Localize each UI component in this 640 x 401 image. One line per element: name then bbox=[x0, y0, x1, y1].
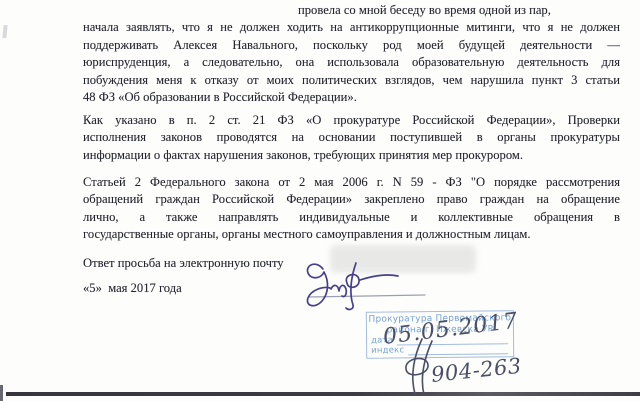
text-line: юриспруденция, а следовательно, она испо… bbox=[83, 54, 620, 71]
text-line: Статьей 2 Федерального закона от 2 мая 2… bbox=[83, 174, 620, 191]
text-line: начала заявлять, что я не должен ходить … bbox=[83, 19, 620, 36]
scan-corner-mark bbox=[0, 385, 3, 401]
signature-loop bbox=[307, 264, 330, 306]
text-line: провела со мной беседу во время одной из… bbox=[83, 2, 620, 19]
signature bbox=[278, 252, 428, 316]
paragraph-prosecutor-law: Как указано в п. 2 ст. 21 ФЗ «О прокурат… bbox=[83, 112, 620, 164]
text-line: информации о фактах нарушения законов, т… bbox=[83, 147, 620, 164]
closing-line: Ответ просьба на электронную почту bbox=[83, 255, 284, 272]
text-line: 48 ФЗ «Об образовании в Российской Федер… bbox=[83, 89, 620, 106]
signature-middle bbox=[331, 285, 346, 296]
text-line: исполнения законов проводятся на основан… bbox=[83, 129, 620, 146]
text-line: Как указано в п. 2 ст. 21 ФЗ «О прокурат… bbox=[83, 112, 620, 129]
paragraph-continuation: провела со мной беседу во время одной из… bbox=[83, 2, 620, 106]
date-line: «5» мая 2017 года bbox=[83, 280, 182, 297]
text-line: побуждения меня к отказу от моих политич… bbox=[83, 72, 620, 89]
scanned-letter-page: провела со мной беседу во время одной из… bbox=[0, 0, 640, 401]
text-line: поддерживать Алексея Навального, посколь… bbox=[83, 37, 620, 54]
text-line: государственные органы, органы местного … bbox=[83, 226, 620, 243]
paragraph-citizens-appeals-law: Статьей 2 Федерального закона от 2 мая 2… bbox=[83, 174, 620, 244]
handwritten-index-number: 904-263 bbox=[420, 352, 550, 398]
text-line: лично, а также направлять индивидуальные… bbox=[83, 209, 620, 226]
handwritten-index-text: 904-263 bbox=[430, 354, 523, 387]
scan-artifact-mark bbox=[2, 25, 7, 38]
signature-flourish bbox=[360, 275, 398, 280]
text-line: обращений граждан Российской Федерации» … bbox=[83, 191, 620, 208]
